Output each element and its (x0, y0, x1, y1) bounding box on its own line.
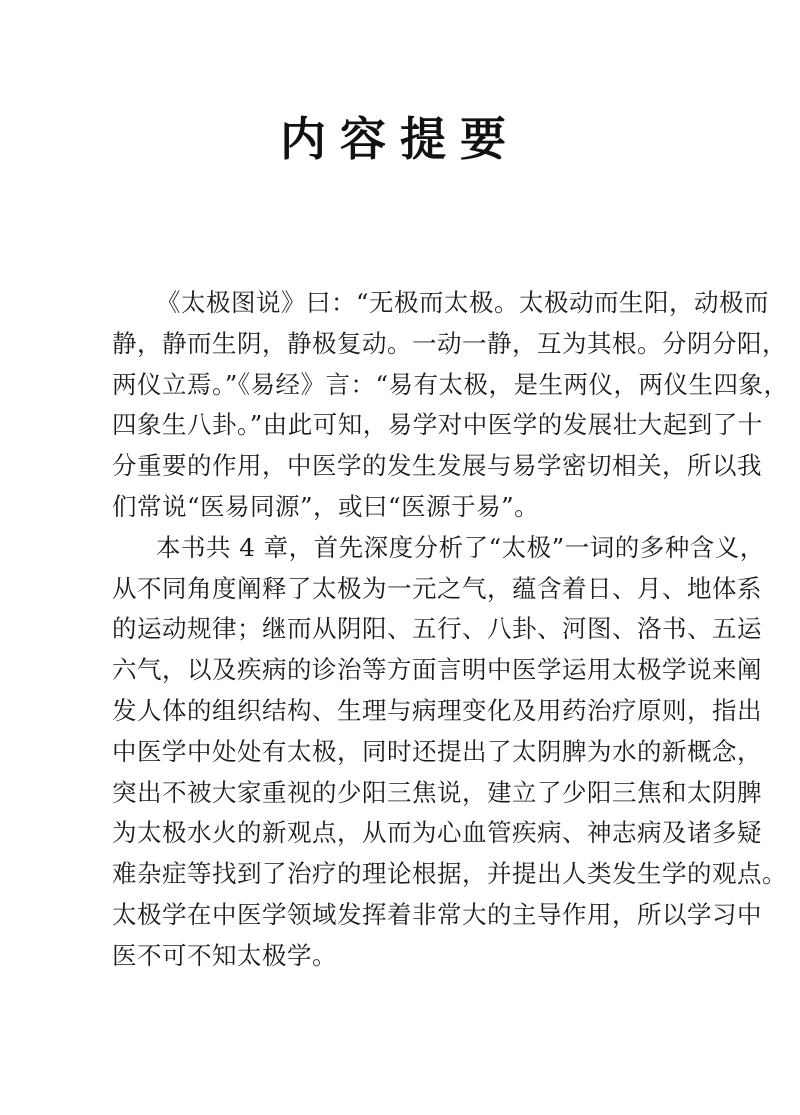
paragraph-2: 本书共 4 章，首先深度分析了“太极”一词的多种含义， 从不同角度阐释了太极为一… (112, 528, 692, 977)
page-title: 内容提要 (0, 109, 800, 169)
text-line: 发人体的组织结构、生理与病理变化及用药治疗原则，指出 (112, 691, 692, 732)
text-line: 难杂症等找到了治疗的理论根据，并提出人类发生学的观点。 (112, 854, 692, 895)
text-line: 突出不被大家重视的少阳三焦说，建立了少阳三焦和太阴脾 (112, 773, 692, 814)
text-line: 中医学中处处有太极，同时还提出了太阴脾为水的新概念， (112, 732, 692, 773)
text-line: 六气，以及疾病的诊治等方面言明中医学运用太极学说来阐 (112, 650, 692, 691)
text-line: 两仪立焉。”《易经》言：“易有太极，是生两仪，两仪生四象， (112, 365, 692, 406)
text-line: 太极学在中医学领域发挥着非常大的主导作用，所以学习中 (112, 895, 692, 936)
text-line: 四象生八卦。”由此可知，易学对中医学的发展壮大起到了十 (112, 405, 692, 446)
text-line: 静，静而生阴，静极复动。一动一静，互为其根。分阴分阳， (112, 324, 692, 365)
text-line: 医不可不知太极学。 (112, 936, 692, 977)
summary-body: 《太极图说》曰：“无极而太极。太极动而生阳，动极而 静，静而生阴，静极复动。一动… (112, 283, 692, 977)
text-line: 为太极水火的新观点，从而为心血管疾病、神志病及诸多疑 (112, 813, 692, 854)
text-line: 的运动规律；继而从阴阳、五行、八卦、河图、洛书、五运 (112, 609, 692, 650)
text-line: 《太极图说》曰：“无极而太极。太极动而生阳，动极而 (112, 283, 692, 324)
text-line: 们常说“医易同源”，或曰“医源于易”。 (112, 487, 692, 528)
text-line: 从不同角度阐释了太极为一元之气，蕴含着日、月、地体系 (112, 569, 692, 610)
text-line: 本书共 4 章，首先深度分析了“太极”一词的多种含义， (112, 528, 692, 569)
text-line: 分重要的作用，中医学的发生发展与易学密切相关，所以我 (112, 446, 692, 487)
paragraph-1: 《太极图说》曰：“无极而太极。太极动而生阳，动极而 静，静而生阴，静极复动。一动… (112, 283, 692, 528)
